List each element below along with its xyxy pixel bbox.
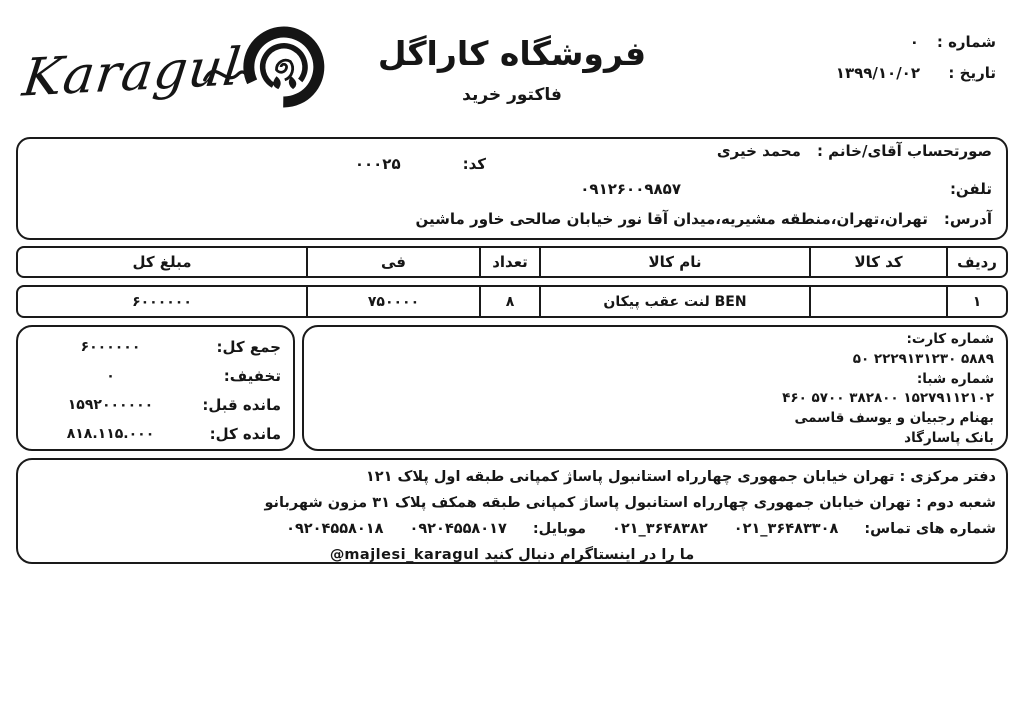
customer-phone-label: تلفن: [950, 180, 992, 198]
invoice-number-label: شماره : [937, 33, 996, 51]
central-office-line: دفتر مرکزی : تهران خیابان جمهوری چهارراه… [28, 464, 996, 490]
sheba-value: ۴۶۰ ۵۷۰۰ ۳۸۲۸۰۰ ۱۵۲۷۹۱۱۲۱۰۲ [782, 390, 994, 406]
payment-box: شماره کارت: ۵۰ ۲۲۲۹۱۳۱۲۳۰ ۵۸۸۹ شماره شبا… [302, 325, 1008, 451]
summary-balance-row: مانده کل: ۸۱۸.۱۱۵.۰۰۰ [28, 419, 281, 448]
header-product-code: کد کالا [809, 248, 946, 276]
item-total: ۶۰۰۰۰۰۰ [18, 287, 306, 316]
bill-to-name: محمد خیری [717, 142, 801, 160]
store-name: فروشگاه کاراگل [312, 34, 712, 73]
sheba-label: شماره شبا: [316, 370, 994, 390]
summary-total-row: جمع کل: ۶۰۰۰۰۰۰ [28, 332, 281, 361]
summary-box: جمع کل: ۶۰۰۰۰۰۰ تخفیف: ۰ مانده قبل: ۱۵۹۲… [16, 325, 295, 451]
instagram-line: ما را در اینستاگرام دنبال کنید @majlesi_… [28, 543, 996, 568]
invoice-type: فاکتور خرید [312, 85, 712, 105]
summary-discount-row: تخفیف: ۰ [28, 361, 281, 390]
summary-prev-balance-row: مانده قبل: ۱۵۹۲۰۰۰۰۰۰ [28, 390, 281, 419]
summary-total-label: جمع کل: [193, 338, 281, 356]
summary-total-value: ۶۰۰۰۰۰۰ [81, 339, 141, 355]
bill-to-label: صورتحساب آقای/خانم : [817, 142, 992, 160]
header-unit-price: فی [306, 248, 479, 276]
invoice-date-value: ۱۳۹۹/۱۰/۰۲ [836, 64, 920, 82]
bank-name: بانک پاسارگاد [316, 429, 994, 449]
bill-to-line: صورتحساب آقای/خانم : محمد خیری [717, 142, 992, 160]
item-quantity: ۸ [479, 287, 539, 316]
summary-balance-value: ۸۱۸.۱۱۵.۰۰۰ [67, 426, 155, 442]
footer-box: دفتر مرکزی : تهران خیابان جمهوری چهارراه… [16, 458, 1008, 564]
header-quantity: تعداد [479, 248, 539, 276]
second-branch-line: شعبه دوم : تهران خیابان جمهوری چهارراه ا… [28, 490, 996, 516]
item-product-name: BEN لنت عقب پیکان [539, 287, 809, 316]
brand-logo-text: Karagul [19, 37, 244, 108]
customer-code-group: کد: ۰۰۰۲۵ [355, 155, 486, 173]
summary-prev-balance-label: مانده قبل: [193, 396, 281, 414]
brand-logo: Karagul [24, 22, 328, 124]
customer-code-label: کد: [463, 155, 486, 173]
contact-numbers-line: شماره های تماس: ۰۲۱_۳۶۴۸۳۳۰۸ ۰۲۱_۳۶۴۸۳۸۲… [28, 516, 996, 542]
items-table-header: ردیف کد کالا نام کالا تعداد فی مبلغ کل [16, 246, 1008, 278]
invoice-page: Karagul فروشگاه کاراگل فاکتور خرید شماره… [0, 0, 1024, 722]
summary-discount-label: تخفیف: [193, 367, 281, 385]
contact-label: شماره های تماس: [864, 516, 996, 542]
instagram-text: ما را در اینستاگرام دنبال کنید [484, 547, 694, 563]
item-unit-price: ۷۵۰۰۰۰ [306, 287, 479, 316]
customer-box: صورتحساب آقای/خانم : محمد خیری کد: ۰۰۰۲۵… [16, 137, 1008, 240]
card-number-value: ۵۰ ۲۲۲۹۱۳۱۲۳۰ ۵۸۸۹ [853, 351, 994, 367]
customer-phone-value: ۰۹۱۲۶۰۰۹۸۵۷ [580, 180, 681, 198]
invoice-number-value: ۰ [910, 33, 919, 51]
summary-prev-balance-value: ۱۵۹۲۰۰۰۰۰۰ [68, 397, 153, 413]
customer-code-value: ۰۰۰۲۵ [355, 155, 401, 173]
account-holder: بهنام رجبیان و یوسف قاسمی [316, 409, 994, 429]
contact-phone-2: ۰۲۱_۳۶۴۸۳۸۲ [612, 516, 708, 542]
invoice-number-row: شماره : ۰ [796, 33, 996, 51]
card-number-label: شماره کارت: [316, 330, 994, 350]
invoice-date-label: تاریخ : [938, 64, 996, 82]
item-row-number: ۱ [946, 287, 1006, 316]
header-total: مبلغ کل [18, 248, 306, 276]
item-product-code [809, 287, 946, 316]
invoice-meta: شماره : ۰ تاریخ : ۱۳۹۹/۱۰/۰۲ [796, 33, 996, 95]
contact-phone-1: ۰۲۱_۳۶۴۸۳۳۰۸ [734, 516, 839, 542]
contact-mobile-2: ۰۹۲۰۴۵۵۸۰۱۸ [286, 516, 383, 542]
mobile-label: موبایل: [533, 516, 586, 542]
contact-mobile-1: ۰۹۲۰۴۵۵۸۰۱۷ [409, 516, 506, 542]
header-row-number: ردیف [946, 248, 1006, 276]
summary-balance-label: مانده کل: [193, 425, 281, 443]
customer-address-value: تهران،تهران،منطقه مشیریه،میدان آقا نور خ… [416, 210, 928, 228]
summary-discount-value: ۰ [106, 368, 115, 384]
header-product-name: نام کالا [539, 248, 809, 276]
instagram-handle: @majlesi_karagul [330, 547, 480, 563]
title-block: فروشگاه کاراگل فاکتور خرید [312, 34, 712, 105]
customer-address-line: آدرس: تهران،تهران،منطقه مشیریه،میدان آقا… [416, 210, 992, 228]
invoice-date-row: تاریخ : ۱۳۹۹/۱۰/۰۲ [796, 64, 996, 82]
customer-address-label: آدرس: [944, 210, 992, 228]
table-row: ۱ BEN لنت عقب پیکان ۸ ۷۵۰۰۰۰ ۶۰۰۰۰۰۰ [16, 285, 1008, 318]
